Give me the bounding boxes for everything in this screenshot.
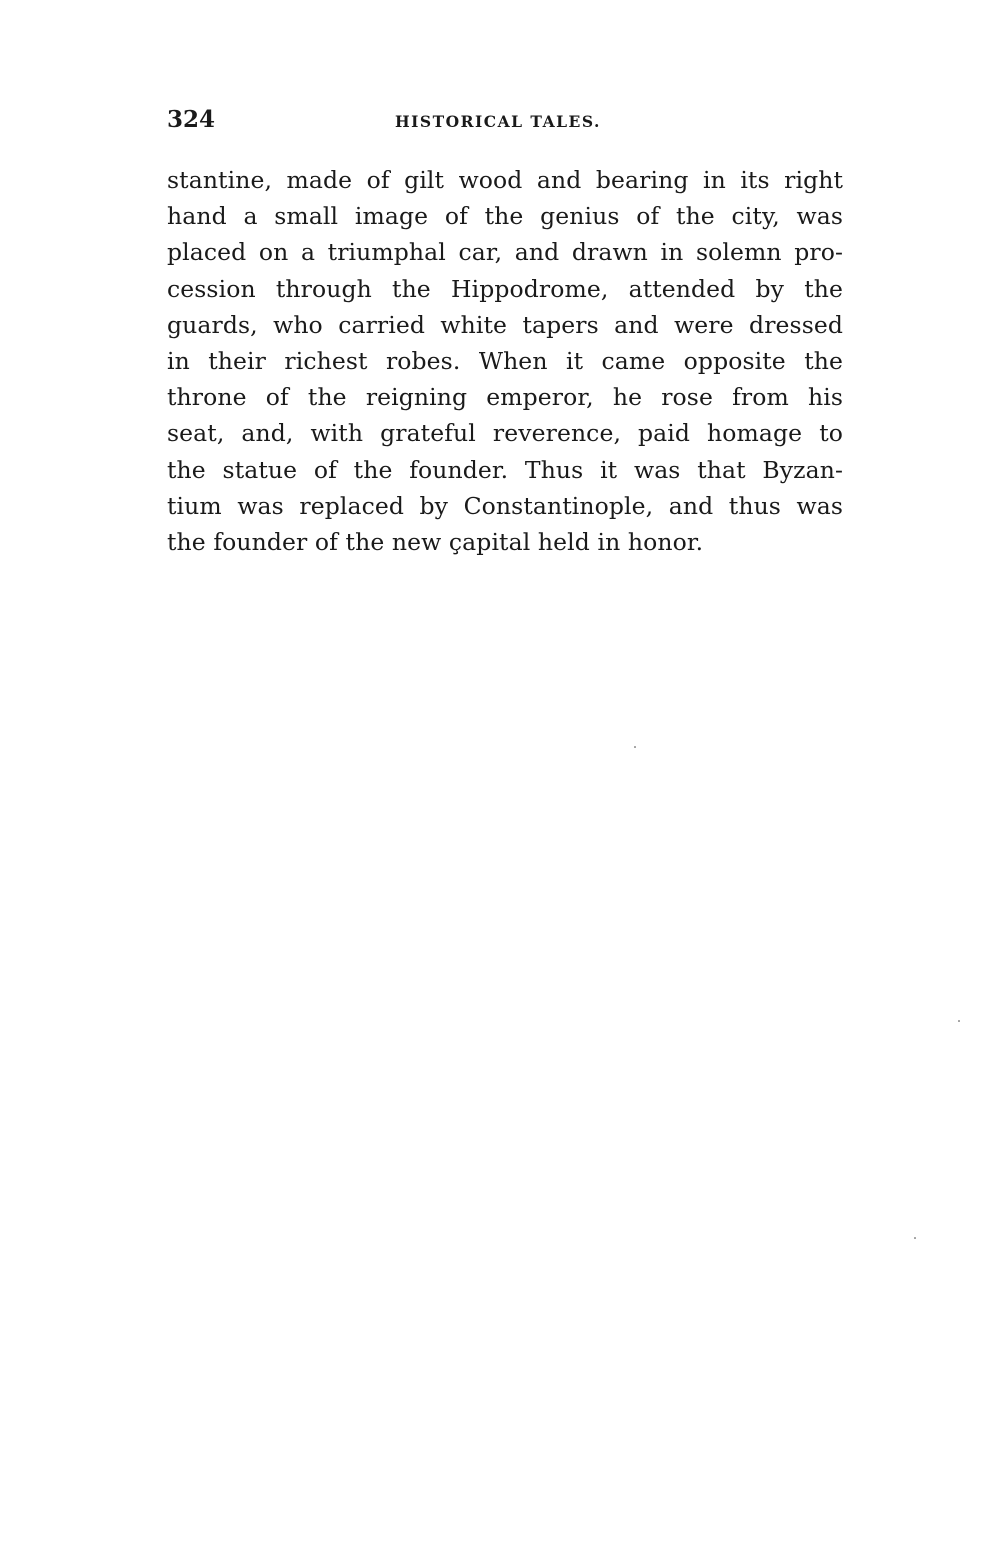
text-line: the statue of the founder. Thus it was t… [167, 452, 843, 488]
text-line: hand a small image of the genius of the … [167, 198, 843, 234]
scan-speck [914, 1237, 916, 1239]
text-line: throne of the reigning emperor, he rose … [167, 379, 843, 415]
text-line: tium was replaced by Constantinople, and… [167, 488, 843, 524]
text-line: guards, who carried white tapers and wer… [167, 307, 843, 343]
text-line: cession through the Hippodrome, attended… [167, 271, 843, 307]
running-head: HISTORICAL TALES. [395, 106, 601, 138]
scan-speck [958, 1020, 960, 1022]
text-line: stantine, made of gilt wood and bearing … [167, 162, 843, 198]
text-line: in their richest robes. When it came opp… [167, 343, 843, 379]
body-text: stantine, made of gilt wood and bearing … [167, 162, 843, 560]
page-header: 324 HISTORICAL TALES. [167, 104, 843, 136]
text-line: placed on a triumphal car, and drawn in … [167, 234, 843, 270]
scan-speck [634, 746, 636, 748]
text-line-last: the founder of the new çapital held in h… [167, 524, 843, 560]
page-number: 324 [167, 104, 215, 136]
text-line: seat, and, with grateful reverence, paid… [167, 415, 843, 451]
